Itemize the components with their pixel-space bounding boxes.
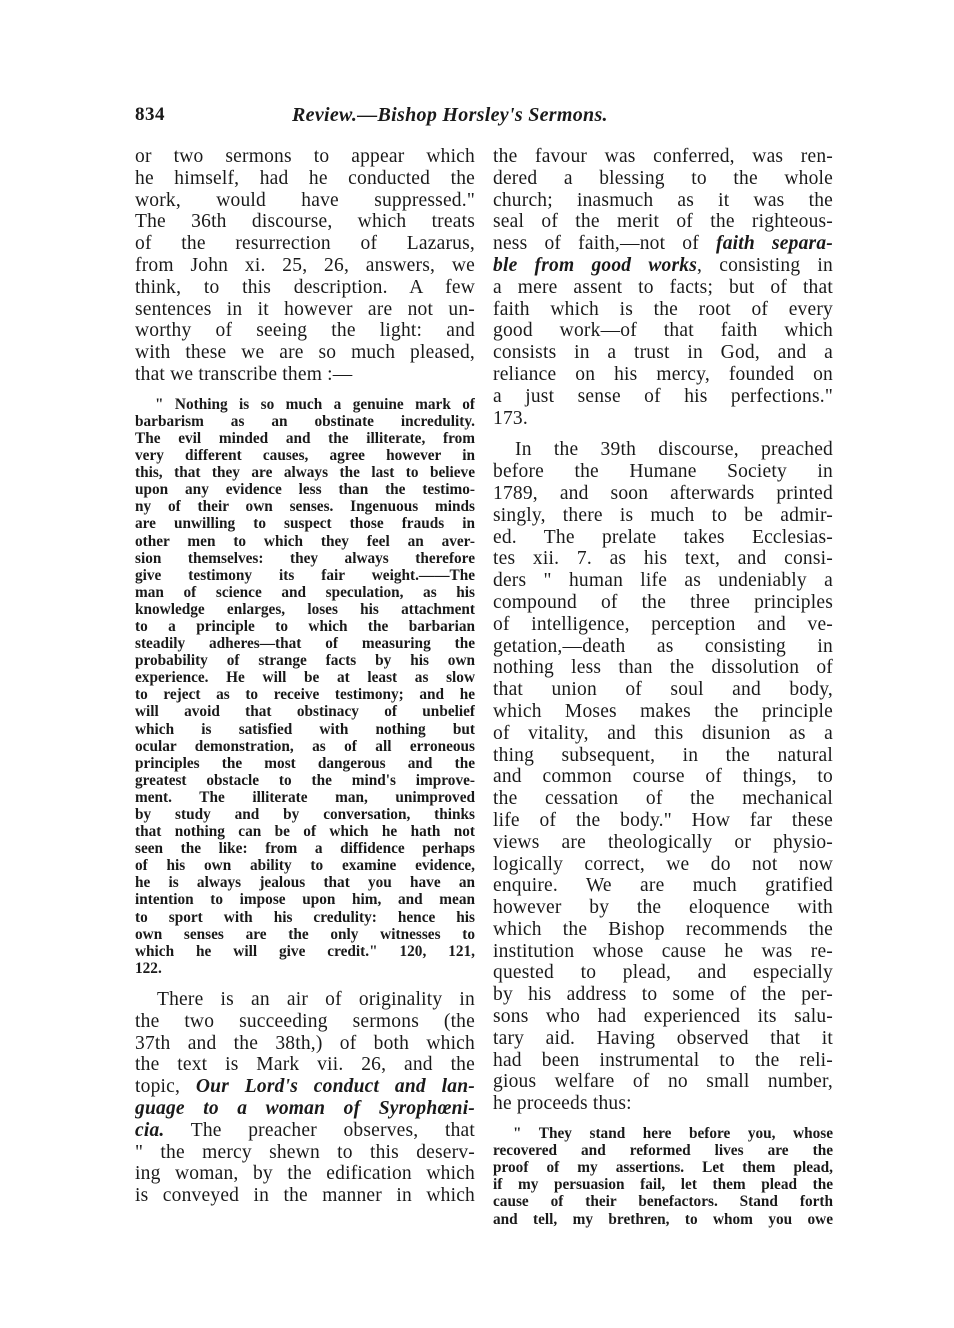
text-line: life of the body." How far these — [493, 810, 833, 832]
text-line: had been instrumental to the reli- — [493, 1050, 833, 1072]
quote-line: steadily adheres—that of measuring the — [135, 635, 475, 652]
quote-line: that nothing can be of which he hath not — [135, 823, 475, 840]
quote-line: of his own ability to examine evidence, — [135, 857, 475, 874]
text-line: before the Humane Society in — [493, 461, 833, 483]
text-line: which Moses makes the principle — [493, 701, 833, 723]
quote-line: give testimony its fair weight.——The — [135, 567, 475, 584]
quote-line: own senses are the only witnesses to — [135, 926, 475, 943]
running-head: 834 Review.—Bishop Horsley's Sermons. — [135, 104, 835, 134]
quote-line: greatest obstacle to the mind's improve- — [135, 772, 475, 789]
text-line: compound of the three principles — [493, 592, 833, 614]
quote-line: proof of my assertions. Let them plead, — [493, 1159, 833, 1176]
text-line: ness of faith,—not of faith separa- — [493, 233, 833, 255]
text-line: enquire. We are much gratified — [493, 875, 833, 897]
text-line: by his address to some of the per- — [493, 984, 833, 1006]
quote-line: principles the most dangerous and the — [135, 755, 475, 772]
quote-line: to sport with his credulity: hence his — [135, 909, 475, 926]
text-line: the cessation of the mechanical — [493, 788, 833, 810]
quote-line: which he will give credit." 120, 121, — [135, 943, 475, 960]
text-line: consists in a trust in God, and a — [493, 342, 833, 364]
quote-line: barbarism as an obstinate incredulity. — [135, 413, 475, 430]
quote-line: to reject as to receive testimony; and h… — [135, 686, 475, 703]
text-line: he himself, had he conducted the — [135, 168, 475, 190]
text-line: work, would have suppressed." — [135, 190, 475, 212]
paragraph: In the 39th discourse, preached before t… — [493, 439, 833, 1115]
text-line: 37th and the 38th,) of both which — [135, 1033, 475, 1055]
text-line: church; inasmuch as it was the — [493, 190, 833, 212]
text-segment: topic, — [135, 1076, 196, 1097]
quote-line: ocular demonstration, as of all erroneou… — [135, 738, 475, 755]
text-line: nothing less than the dissolution of — [493, 657, 833, 679]
quote-line: cause of their benefactors. Stand forth — [493, 1193, 833, 1210]
text-line: " the mercy shewn to this deserv- — [135, 1142, 475, 1164]
text-line: ders " human life as undeniably a — [493, 570, 833, 592]
text-line: logically correct, we do not now — [493, 854, 833, 876]
quote-line: seen the like: from a diffidence perhaps — [135, 840, 475, 857]
quote-line: to a principle to which the barbarian — [135, 618, 475, 635]
text-line: the two succeeding sermons (the — [135, 1011, 475, 1033]
spacer — [493, 429, 833, 439]
page-citation: 173. — [493, 408, 833, 430]
text-line: of vitality, and this disunion as a — [493, 723, 833, 745]
text-line: The 36th discourse, which treats — [135, 211, 475, 233]
page-number: 834 — [135, 104, 165, 126]
text-line: good work—of that faith which — [493, 320, 833, 342]
sermon-topic-italic: guage to a woman of Syrophœni- — [135, 1098, 475, 1119]
spacer — [135, 977, 475, 989]
spacer — [493, 1115, 833, 1125]
quote-line: are unwilling to suspect those frauds in — [135, 515, 475, 532]
text-line: In the 39th discourse, preached — [493, 439, 833, 461]
text-line: thing subsequent, in the natural — [493, 745, 833, 767]
text-line: guage to a woman of Syrophœni- — [135, 1098, 475, 1120]
text-line: that union of soul and body, — [493, 679, 833, 701]
text-line: a mere assent to facts; but of that — [493, 277, 833, 299]
text-line: quested to plead, and especially — [493, 962, 833, 984]
quote-line: The evil minded and the illiterate, from — [135, 430, 475, 447]
text-line: reliance on his mercy, founded on — [493, 364, 833, 386]
quote-line: will avoid that obstinacy of unbelief — [135, 703, 475, 720]
text-line: topic, Our Lord's conduct and lan- — [135, 1076, 475, 1098]
text-line: he proceeds thus: — [493, 1093, 833, 1115]
text-line: which the Bishop recommends the — [493, 919, 833, 941]
quote-line: very different causes, agree however in — [135, 447, 475, 464]
text-line: faith which is the root of every — [493, 299, 833, 321]
text-line: sons who had experienced its salu- — [493, 1006, 833, 1028]
spacer — [135, 386, 475, 396]
quote-line: man of science and speculation, as his — [135, 584, 475, 601]
text-line: dered a blessing to the whole — [493, 168, 833, 190]
text-line: views are theologically or physio- — [493, 832, 833, 854]
right-column: the favour was conferred, was ren- dered… — [493, 146, 833, 1228]
left-column: or two sermons to appear which he himsel… — [135, 146, 475, 1207]
text-line: ed. The prelate takes Ecclesias- — [493, 527, 833, 549]
quote-line: probability of strange facts by his own — [135, 652, 475, 669]
text-line: ble from good works, consisting in — [493, 255, 833, 277]
book-page: 834 Review.—Bishop Horsley's Sermons. or… — [135, 104, 835, 134]
quote-line: ny of their own senses. Ingenuous minds — [135, 498, 475, 515]
text-line: a just sense of his perfections." — [493, 386, 833, 408]
quote-line: intention to impose upon him, and mean — [135, 891, 475, 908]
quote-line: experience. He will be at least as slow — [135, 669, 475, 686]
text-line: 1789, and soon afterwards printed — [493, 483, 833, 505]
quote-line: he is always jealous that you have an — [135, 874, 475, 891]
quote-line: " They stand here before you, whose — [493, 1125, 833, 1142]
text-line: cia. The preacher observes, that — [135, 1120, 475, 1142]
text-line: and common course of things, to — [493, 766, 833, 788]
text-line: worthy of seeing the light: and — [135, 320, 475, 342]
quote-line: if my persuasion fail, let them plead th… — [493, 1176, 833, 1193]
quote-line: knowledge enlarges, loses his attachment — [135, 601, 475, 618]
paragraph: There is an air of originality in the tw… — [135, 989, 475, 1207]
sermon-topic-italic: Our Lord's conduct and lan- — [196, 1076, 475, 1097]
text-line: or two sermons to appear which — [135, 146, 475, 168]
text-segment: The preacher observes, that — [165, 1120, 476, 1141]
text-line: getation,—death as consisting in — [493, 636, 833, 658]
text-line: There is an air of originality in — [135, 989, 475, 1011]
quote-line: " Nothing is so much a genuine mark of — [135, 396, 475, 413]
quote-line: which is satisfied with nothing but — [135, 721, 475, 738]
text-line: institution whose cause he was re- — [493, 941, 833, 963]
block-quote: " They stand here before you, whose reco… — [493, 1125, 833, 1228]
running-title: Review.—Bishop Horsley's Sermons. — [292, 104, 608, 127]
text-line: seal of the merit of the righteous- — [493, 211, 833, 233]
text-line: however by the eloquence with — [493, 897, 833, 919]
quote-line: recovered and reformed lives are the — [493, 1142, 833, 1159]
sermon-topic-italic: cia. — [135, 1120, 165, 1141]
text-line: think, to this description. A few — [135, 277, 475, 299]
text-line: sentences in it however are not un- — [135, 299, 475, 321]
paragraph-continuation: the favour was conferred, was ren- dered… — [493, 146, 833, 429]
text-segment: ness of faith,—not of — [493, 233, 716, 254]
emphasis-italic: ble from good works — [493, 255, 697, 276]
emphasis-italic: faith separa- — [716, 233, 833, 254]
quote-line: and tell, my brethren, to whom you owe — [493, 1211, 833, 1228]
quote-line: ment. The illiterate man, unimproved — [135, 789, 475, 806]
text-line: gious welfare of no small number, — [493, 1071, 833, 1093]
text-line: singly, there is much to be admir- — [493, 505, 833, 527]
text-line: tes xii. 7. as his text, and consi- — [493, 548, 833, 570]
block-quote: " Nothing is so much a genuine mark of b… — [135, 396, 475, 977]
text-line: the favour was conferred, was ren- — [493, 146, 833, 168]
paragraph-continuation: or two sermons to appear which he himsel… — [135, 146, 475, 386]
quote-line: upon any evidence less than the testimo- — [135, 481, 475, 498]
text-line: the text is Mark vii. 26, and the — [135, 1054, 475, 1076]
quote-citation: 122. — [135, 960, 475, 977]
quote-line: by study and by conversation, thinks — [135, 806, 475, 823]
quote-line: this, that they are always the last to b… — [135, 464, 475, 481]
text-line: from John xi. 25, 26, answers, we — [135, 255, 475, 277]
text-segment: , consisting in — [697, 255, 833, 276]
text-line: that we transcribe them :— — [135, 364, 475, 386]
quote-line: sion themselves: they always therefore — [135, 550, 475, 567]
text-line: with these we are so much pleased, — [135, 342, 475, 364]
text-line: of the resurrection of Lazarus, — [135, 233, 475, 255]
text-line: tary aid. Having observed that it — [493, 1028, 833, 1050]
text-line: is conveyed in the manner in which — [135, 1185, 475, 1207]
quote-line: other men to which they feel an aver- — [135, 533, 475, 550]
text-line: of intelligence, perception and ve- — [493, 614, 833, 636]
text-line: ing woman, by the edification which — [135, 1163, 475, 1185]
